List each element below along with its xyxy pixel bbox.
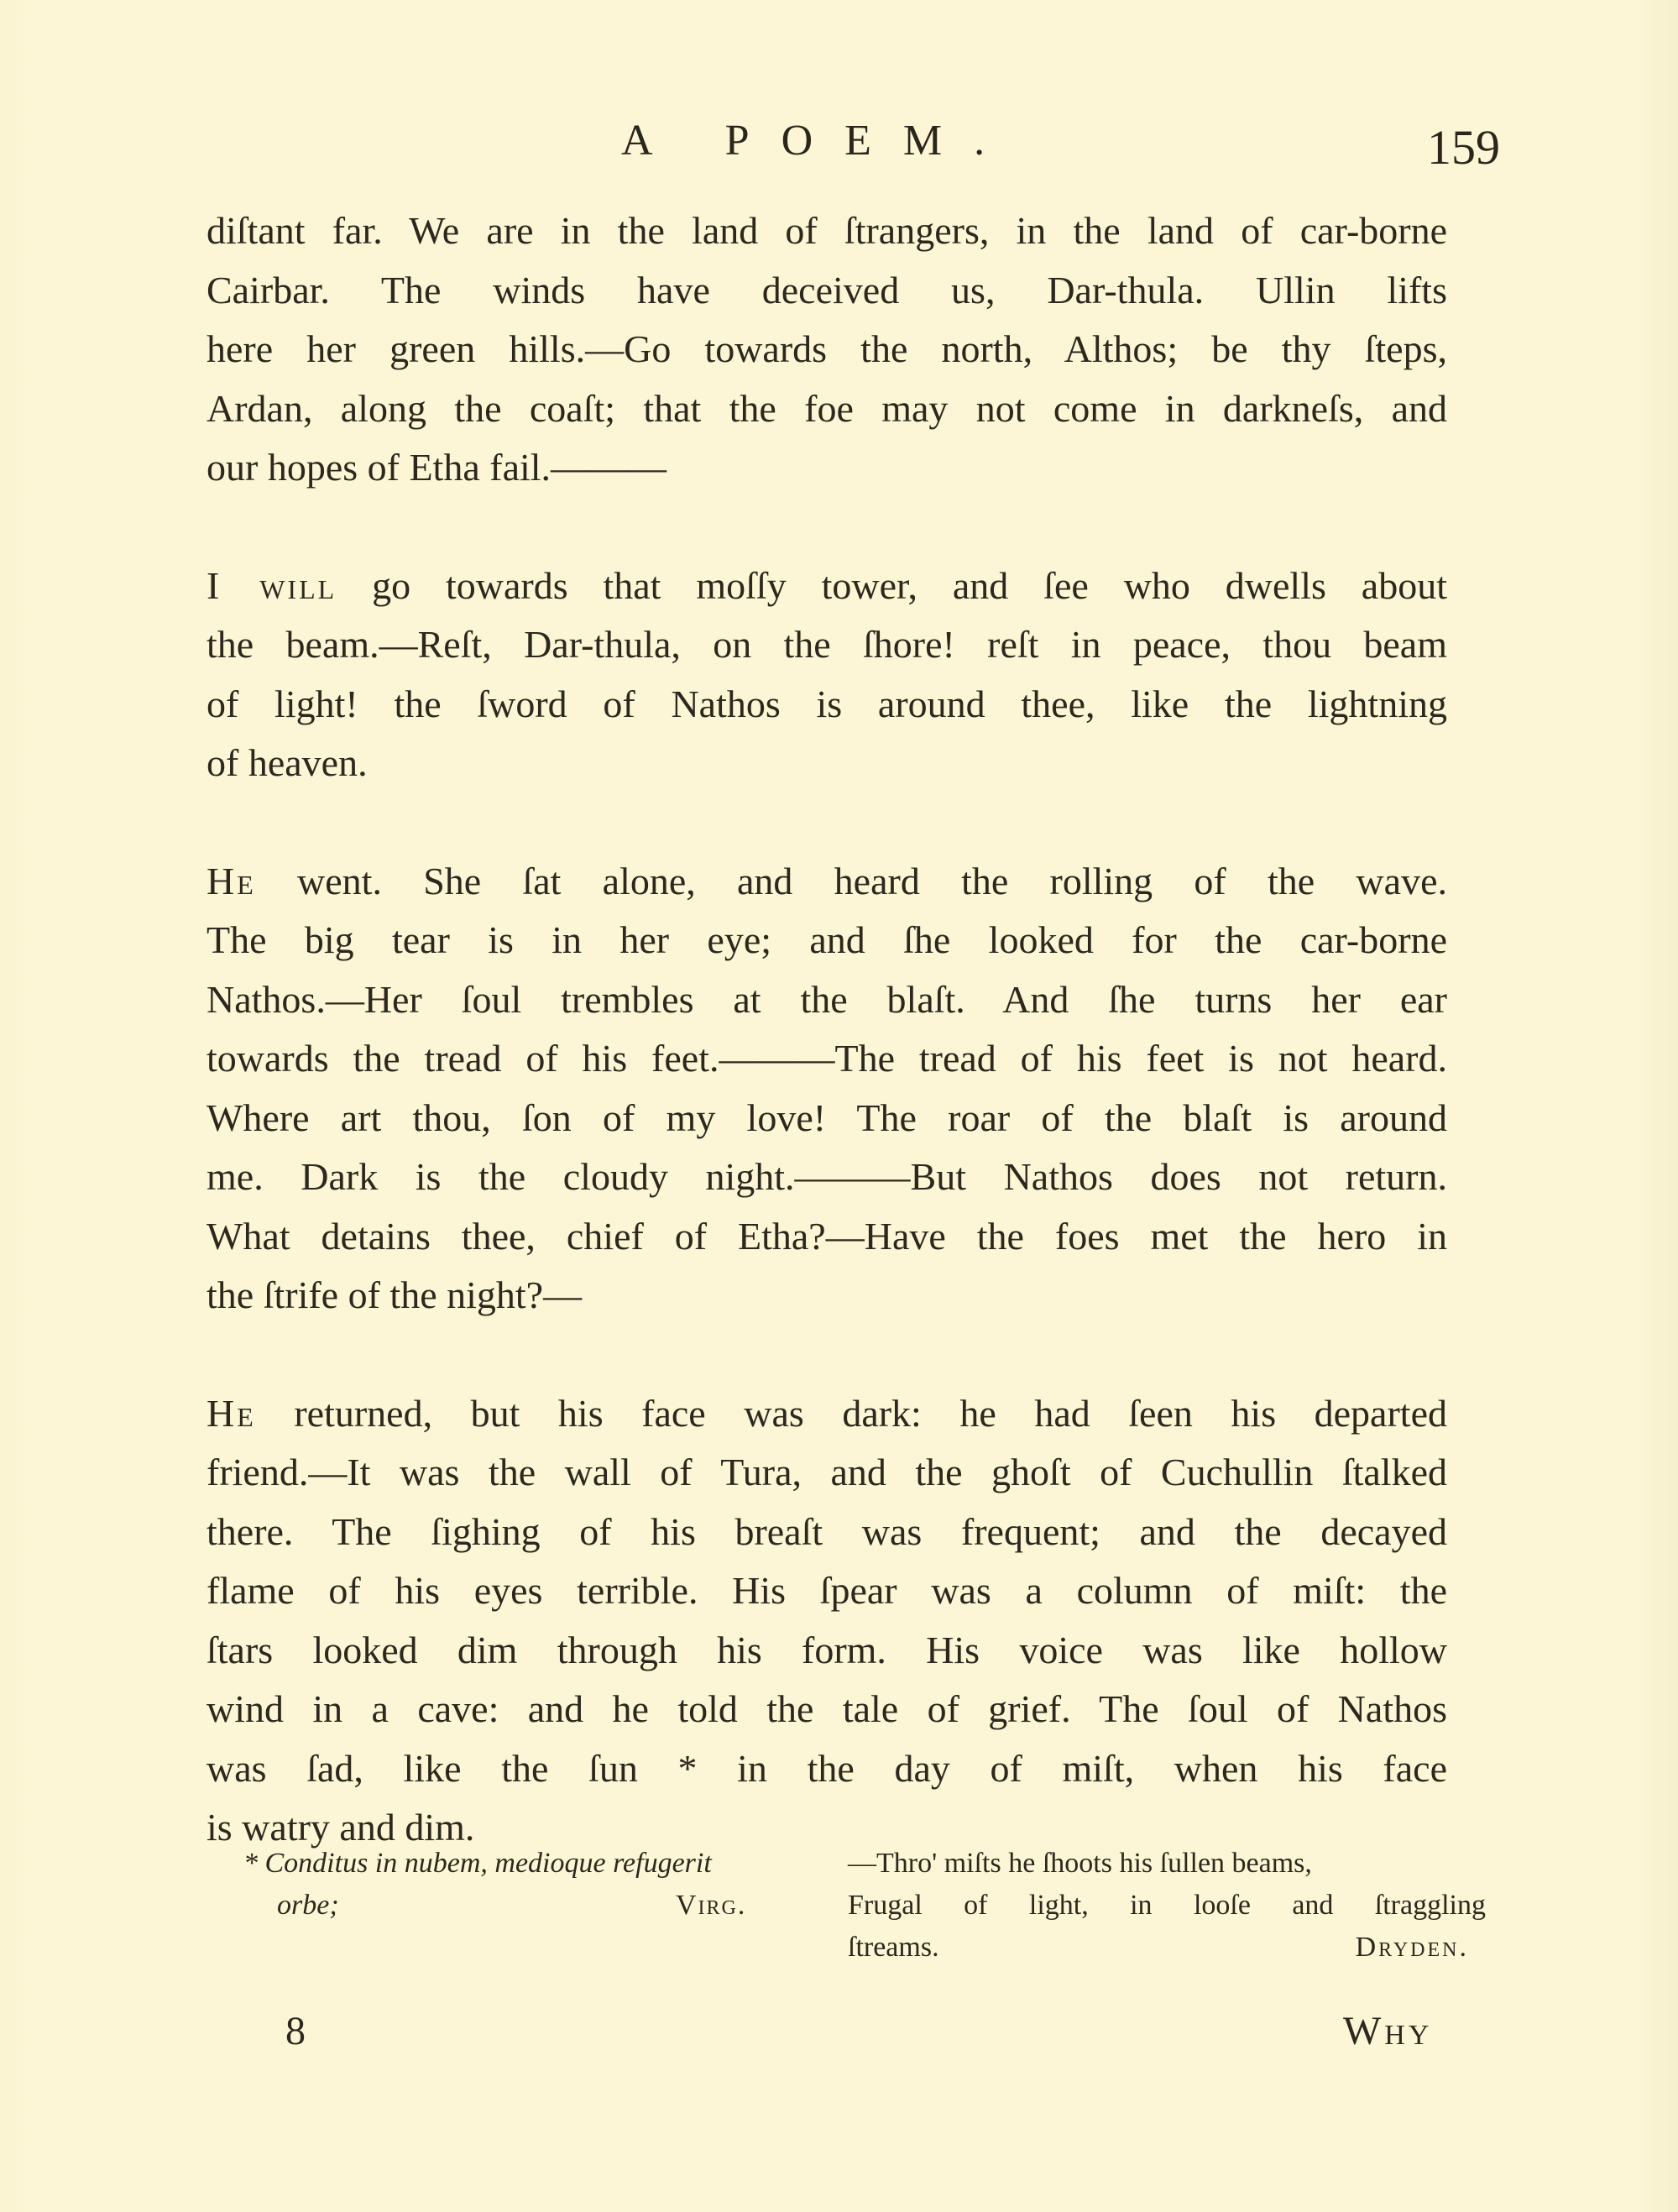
paragraph-gap [206, 1326, 1447, 1384]
text-line: of heaven. [206, 734, 1447, 793]
text-line: friend.—It was the wall of Tura, and the… [206, 1443, 1447, 1503]
line-rest: go towards that moſſy tower, and ſee who… [337, 564, 1447, 607]
text-line: Nathos.—Her ſoul trembles at the blaſt. … [206, 970, 1447, 1030]
text-line: our hopes of Etha fail.——— [206, 438, 1447, 498]
text-line: Ardan, along the coaſt; that the foe may… [206, 379, 1447, 439]
line-rest: went. She ſat alone, and heard the rolli… [256, 860, 1447, 902]
text-line: Cairbar. The winds have deceived us, Dar… [206, 261, 1447, 321]
paragraph-gap [206, 793, 1447, 852]
footnote-marker: * [243, 1848, 258, 1879]
footnote-english-line: —Thro' miſts he ſhoots his ſullen beams, [848, 1843, 1486, 1885]
text-line: What detains thee, chief of Etha?—Have t… [206, 1207, 1447, 1267]
text-line: ſtars looked dim through his form. His v… [206, 1621, 1447, 1681]
text-line: He went. She ſat alone, and heard the ro… [206, 852, 1447, 912]
footnote-english: —Thro' miſts he ſhoots his ſullen beams,… [848, 1843, 1486, 1969]
text-line: the ſtrife of the night?— [206, 1266, 1447, 1326]
text-line: here her green hills.—Go towards the nor… [206, 320, 1447, 379]
footnote-latin: * Conditus in nubem, medioque refugerit … [243, 1843, 831, 1927]
text-line: there. The ſighing of his breaſt was fre… [206, 1503, 1447, 1562]
text-line: He returned, but his face was dark: he h… [206, 1384, 1447, 1444]
text-line: me. Dark is the cloudy night.———But Nath… [206, 1148, 1447, 1207]
text-line: towards the tread of his feet.———The tre… [206, 1029, 1447, 1089]
signature-mark: 8 [285, 2008, 306, 2054]
line-rest: returned, but his face was dark: he had … [256, 1392, 1447, 1435]
text-line: wind in a cave: and he told the tale of … [206, 1680, 1447, 1739]
text-line: The big tear is in her eye; and ſhe look… [206, 911, 1447, 970]
lead-caps: He [206, 1392, 256, 1435]
text-line: diſtant far. We are in the land of ſtran… [206, 201, 1447, 261]
text-line: flame of his eyes terrible. His ſpear wa… [206, 1561, 1447, 1621]
footnote-latin-attribution: Virg. [676, 1885, 746, 1927]
page-number: 159 [1427, 119, 1500, 175]
paragraph-4: He returned, but his face was dark: he h… [206, 1384, 1447, 1858]
catchword: Why [1343, 2008, 1432, 2054]
text-line: Where art thou, ſon of my love! The roar… [206, 1089, 1447, 1148]
lead-caps: He [206, 860, 256, 902]
text-line: of light! the ſword of Nathos is around … [206, 675, 1447, 735]
footnote-english-line: Frugal of light, in looſe and ſtraggling [848, 1885, 1486, 1927]
body-text: diſtant far. We are in the land of ſtran… [206, 201, 1447, 1858]
text-line: the beam.—Reſt, Dar-thula, on the ſhore!… [206, 615, 1447, 675]
text-line: was ſad, like the ſun * in the day of mi… [206, 1739, 1447, 1799]
footnote-english-attribution: Dryden. [1356, 1927, 1469, 1969]
text-line: I will go towards that moſſy tower, and … [206, 557, 1447, 616]
running-head: A POEM. [621, 116, 1017, 165]
footnote-latin-text: Conditus in nubem, medioque refugerit [265, 1848, 712, 1879]
paragraph-2: I will go towards that moſſy tower, and … [206, 557, 1447, 793]
lead-caps: I will [206, 564, 337, 607]
paragraph-3: He went. She ſat alone, and heard the ro… [206, 852, 1447, 1326]
footnote-latin-line: * Conditus in nubem, medioque refugerit [243, 1848, 712, 1879]
book-page: A POEM. 159 diſtant far. We are in the l… [0, 0, 1678, 2212]
paragraph-gap [206, 498, 1447, 557]
paragraph-1: diſtant far. We are in the land of ſtran… [206, 201, 1447, 498]
